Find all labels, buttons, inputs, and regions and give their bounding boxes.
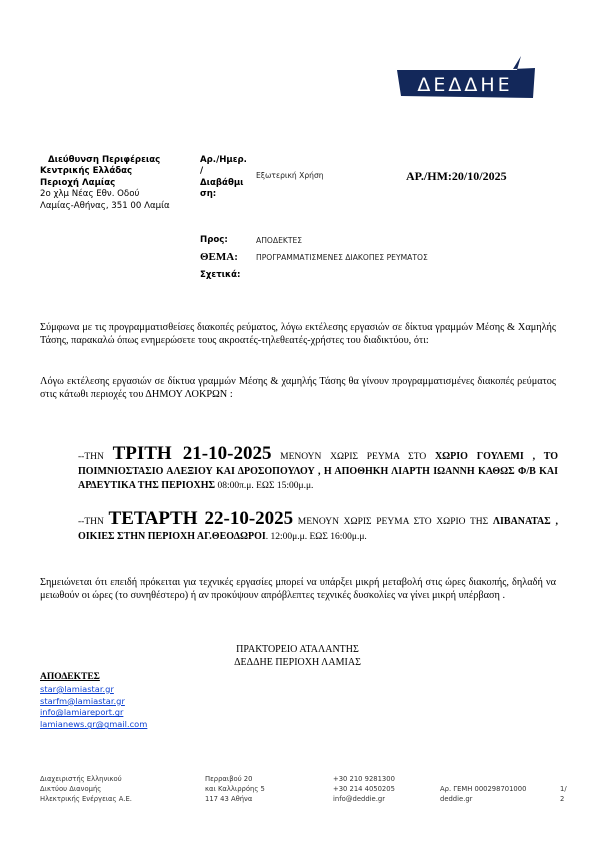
recipient-email-link[interactable]: star@lamiastar.gr — [40, 684, 147, 696]
recipient-email-link[interactable]: info@lamiareport.gr — [40, 707, 147, 719]
recipient-email-link[interactable]: starfm@lamiastar.gr — [40, 696, 147, 708]
page-number-line: 2 — [560, 795, 567, 805]
signature-line: ΠΡΑΚΤΟΡΕΙΟ ΑΤΑΛΑΝΤΗΣ — [200, 643, 395, 656]
footer-line: Αρ. ΓΕΜΗ 000298701000 — [440, 785, 526, 795]
classification-value: Εξωτερική Χρήση — [256, 171, 324, 180]
footer-line: Δικτύου Διανομής — [40, 785, 132, 795]
to-value: ΑΠΟΔΕΚΤΕΣ — [256, 236, 302, 245]
logo-banner-icon: ΔΕΔΔΗΕ — [395, 56, 537, 100]
footer-line: Περραιβού 20 — [205, 775, 265, 785]
footer-line: Διαχειριστής Ελληνικού — [40, 775, 132, 785]
sender-address: Διεύθυνση Περιφέρειας Κεντρικής Ελλάδας … — [40, 155, 170, 212]
deddie-logo: ΔΕΔΔΗΕ — [395, 56, 537, 100]
footer-address: Περραιβού 20 και Καλλιρρόης 5 117 43 Αθή… — [205, 775, 265, 804]
sender-line: Λαμίας-Αθήνας, 351 00 Λαμία — [40, 201, 170, 212]
footer-registry: Αρ. ΓΕΜΗ 000298701000 deddie.gr — [440, 785, 526, 805]
reference-label: Αρ./Ημερ. / Διαβάθμι ση: — [200, 155, 250, 201]
sender-line: Διεύθυνση Περιφέρειας — [40, 155, 170, 166]
footer-line: +30 210 9281300 — [333, 775, 395, 785]
reference-label-line: Διαβάθμι — [200, 178, 250, 189]
reference-label-line: Αρ./Ημερ. — [200, 155, 250, 166]
sender-line: Κεντρικής Ελλάδας — [40, 166, 170, 177]
footer-line: Ηλεκτρικής Ενέργειας Α.Ε. — [40, 795, 132, 805]
footer-line: +30 214 4050205 — [333, 785, 395, 795]
footer-line: info@deddie.gr — [333, 795, 395, 805]
document-date-reference: ΑΡ./ΗΜ:20/10/2025 — [406, 169, 507, 184]
outage-prefix: --ΤΗΝ — [78, 517, 109, 527]
footer-line: και Καλλιρρόης 5 — [205, 785, 265, 795]
outage-item: --ΤΗΝ ΤΕΤΑΡΤΗ 22-10-2025 ΜΕΝΟΥΝ ΧΩΡΙΣ ΡΕ… — [78, 512, 558, 544]
footer-line: 117 43 Αθήνα — [205, 795, 265, 805]
outage-time: . 12:00μ.μ. ΕΩΣ 16:00μ.μ. — [266, 532, 367, 542]
outage-item: --ΤΗΝ ΤΡΙΤΗ 21-10-2025 ΜΕΝΟΥΝ ΧΩΡΙΣ ΡΕΥΜ… — [78, 447, 558, 494]
works-paragraph: Λόγω εκτέλεσης εργασιών σε δίκτυα γραμμώ… — [40, 375, 556, 401]
sender-line: 2ο χλμ Νέας Εθν. Οδού — [40, 189, 170, 200]
recipients-heading: ΑΠΟΔΕΚΤΕΣ — [40, 672, 147, 684]
logo-text: ΔΕΔΔΗΕ — [417, 74, 512, 96]
subject-label: ΘΕΜΑ: — [200, 251, 238, 263]
footer-company: Διαχειριστής Ελληνικού Δικτύου Διανομής … — [40, 775, 132, 804]
footer-contact: +30 210 9281300 +30 214 4050205 info@ded… — [333, 775, 395, 804]
outage-middle: ΜΕΝΟΥΝ ΧΩΡΙΣ ΡΕΥΜΑ ΣΤΟ ΧΩΡΙΟ ΤΗΣ — [293, 517, 493, 527]
page-number-line: 1/ — [560, 785, 567, 795]
subject-value: ΠΡΟΓΡΑΜΜΑΤΙΣΜΕΝΕΣ ΔΙΑΚΟΠΕΣ ΡΕΥΜΑΤΟΣ — [256, 253, 428, 262]
signature-line: ΔΕΔΔΗΕ ΠΕΡΙΟΧΗ ΛΑΜΙΑΣ — [200, 656, 395, 669]
signature-block: ΠΡΑΚΤΟΡΕΙΟ ΑΤΑΛΑΝΤΗΣ ΔΕΔΔΗΕ ΠΕΡΙΟΧΗ ΛΑΜΙ… — [200, 643, 395, 669]
related-label: Σχετικά: — [200, 270, 240, 280]
outage-prefix: --ΤΗΝ — [78, 452, 113, 462]
reference-label-line: / — [200, 166, 250, 177]
outage-middle: ΜΕΝΟΥΝ ΧΩΡΙΣ ΡΕΥΜΑ ΣΤΟ — [271, 452, 434, 462]
intro-paragraph: Σύμφωνα με τις προγραμματισθείσες διακοπ… — [40, 321, 556, 347]
note-paragraph: Σημειώνεται ότι επειδή πρόκειται για τεχ… — [40, 576, 556, 602]
sender-line: Περιοχή Λαμίας — [40, 178, 170, 189]
recipients-list: ΑΠΟΔΕΚΤΕΣ star@lamiastar.gr starfm@lamia… — [40, 672, 147, 731]
outage-day: ΤΡΙΤΗ 21-10-2025 — [113, 443, 272, 464]
reference-label-line: ση: — [200, 189, 250, 200]
outage-time: 08:00π.μ. ΕΩΣ 15:00μ.μ. — [215, 481, 313, 491]
outage-day: ΤΕΤΑΡΤΗ 22-10-2025 — [109, 508, 294, 529]
to-label: Προς: — [200, 235, 228, 245]
page-number: 1/ 2 — [560, 785, 567, 805]
recipient-email-link[interactable]: lamianews.gr@gmail.com — [40, 719, 147, 731]
footer-line: deddie.gr — [440, 795, 526, 805]
